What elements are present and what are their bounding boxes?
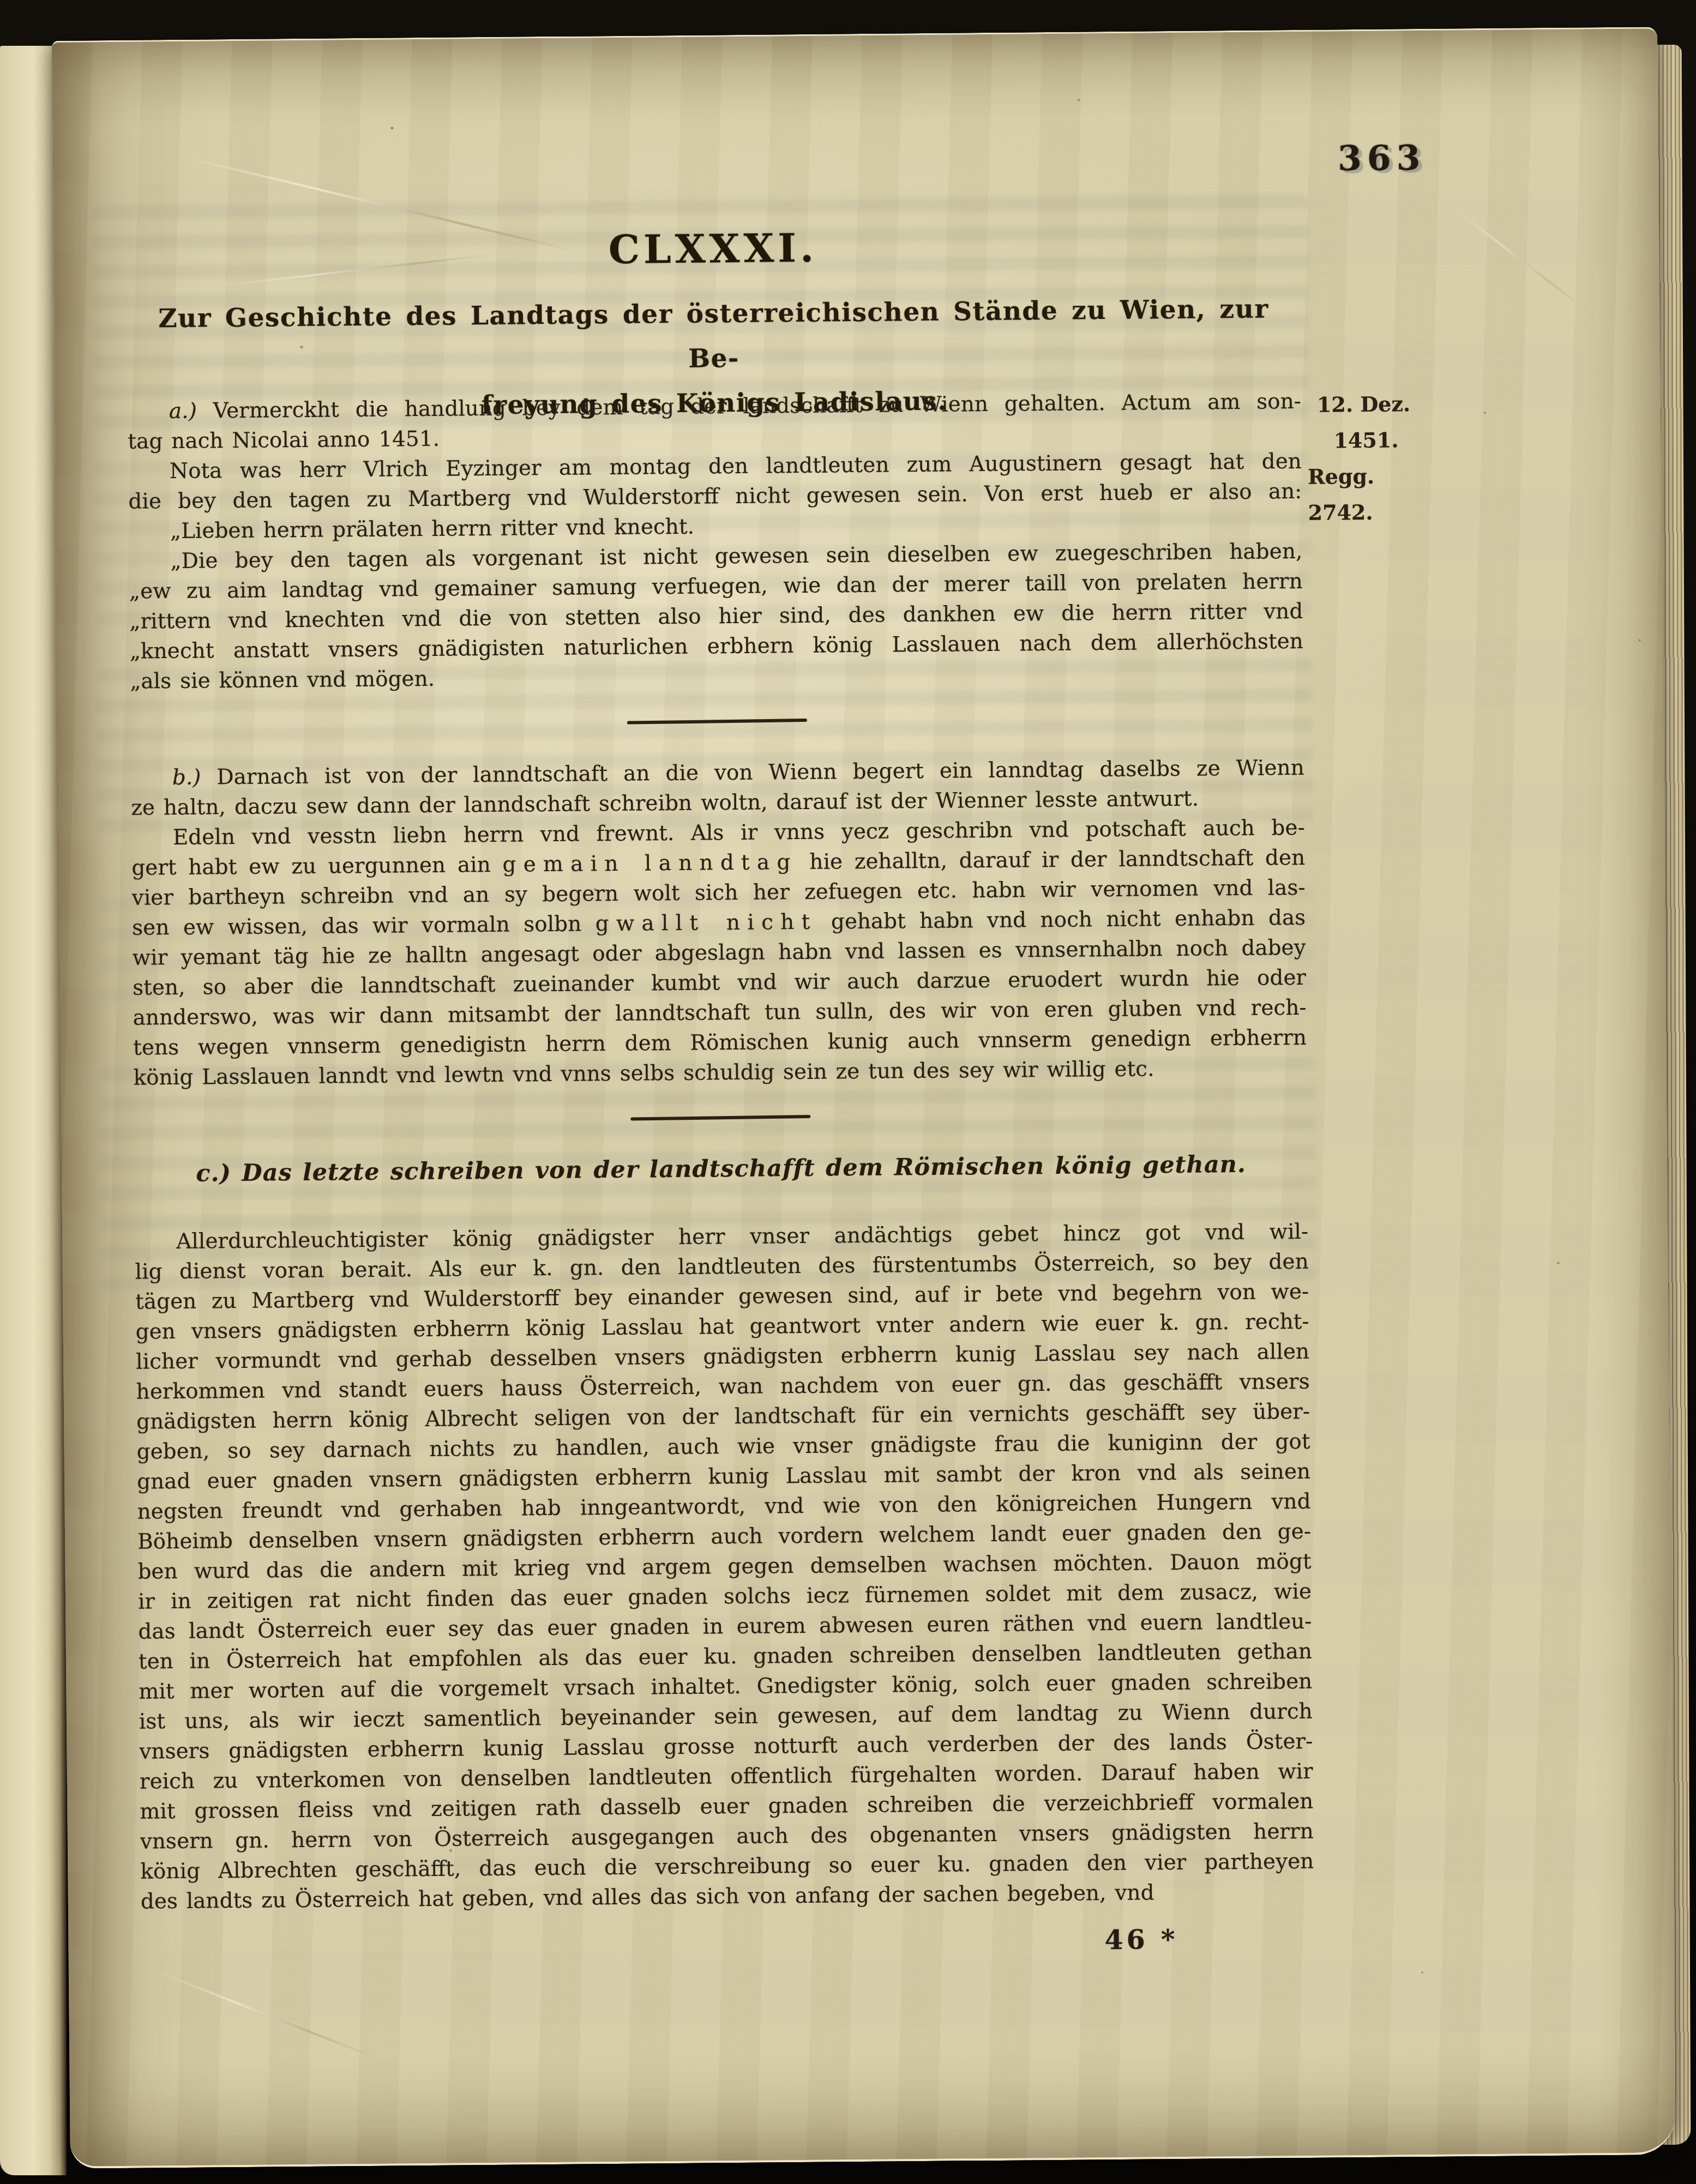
foxing-speck bbox=[1078, 99, 1080, 101]
foxing-speck bbox=[1484, 412, 1486, 414]
foxing-speck bbox=[1557, 1262, 1560, 1264]
text-segment: „als sie können vnd mögen. bbox=[130, 667, 435, 694]
text-segment: b.) bbox=[172, 765, 217, 790]
text-segment: tag nach Nicolai anno 1451. bbox=[128, 427, 440, 454]
foxing-speck bbox=[390, 126, 393, 129]
foxing-speck bbox=[1421, 1971, 1423, 1974]
section-divider bbox=[627, 719, 807, 725]
footer-signature: 46 * bbox=[1104, 1923, 1268, 1956]
text-segment: gert habt ew zu uergunnen ain bbox=[131, 853, 502, 880]
margin-note: 12. Dez. 1451. Regg. 2742. bbox=[1307, 386, 1439, 531]
text-segment: gehabt habn vnd noch nicht enhabn das bbox=[817, 906, 1306, 934]
text-segment: „Lieben herrn prälaten herrn ritter vnd … bbox=[170, 515, 694, 544]
paragraph: a.) Vermerckht die handlung bey dem tag … bbox=[128, 387, 1302, 457]
text-segment: könig Lasslauen lanndt vnd lewtn vnd vnn… bbox=[133, 1057, 1154, 1090]
book-page: 363 CLXXXI. Zur Geschichte des Landtags … bbox=[52, 27, 1676, 2169]
text-segment: des landts zu Österreich hat geben, vnd … bbox=[141, 1880, 1154, 1914]
title-line-1: Zur Geschichte des Landtags der österrei… bbox=[127, 287, 1301, 387]
paragraph: „Die bey den tagen als vorgenant ist nic… bbox=[129, 536, 1303, 697]
paragraph: Edeln vnd vesstn liebn herrn vnd frewnt.… bbox=[131, 813, 1307, 1093]
chapter-heading: CLXXXI. bbox=[126, 220, 1300, 277]
text-segment: a.) bbox=[169, 399, 213, 424]
paragraph: Nota was herr Vlrich Eyzinger am montag … bbox=[128, 447, 1302, 517]
book-scan: 363 CLXXXI. Zur Geschichte des Landtags … bbox=[0, 0, 1696, 2184]
subsection-heading: c.) Das letzte schreiben von der landtsc… bbox=[134, 1149, 1308, 1192]
paper-crease bbox=[159, 1971, 378, 2059]
section-divider bbox=[630, 1115, 810, 1121]
margin-note-regest: Regg. 2742. bbox=[1308, 458, 1439, 531]
page-number: 363 bbox=[1338, 137, 1480, 178]
body-flow: a.) Vermerckht die handlung bey dem tag … bbox=[128, 387, 1314, 1917]
text-segment: hie zehalltn, darauf ir der lanndtschaft… bbox=[797, 846, 1305, 874]
paragraph: b.) Darnach ist von der lanndtschaft an … bbox=[131, 753, 1305, 823]
margin-note-date: 12. Dez. bbox=[1307, 386, 1439, 423]
text-segment: gwallt nicht bbox=[595, 910, 817, 937]
text-segment: gemain lanndtag bbox=[502, 850, 798, 877]
margin-note-year: 1451. bbox=[1307, 422, 1439, 459]
paper-crease bbox=[1455, 209, 1586, 311]
text-segment: sen ew wissen, das wir vormaln solbn bbox=[132, 912, 596, 940]
paragraph: Allerdurchleuchtigister könig gnädigster… bbox=[135, 1217, 1314, 1917]
foxing-speck bbox=[1639, 639, 1641, 642]
